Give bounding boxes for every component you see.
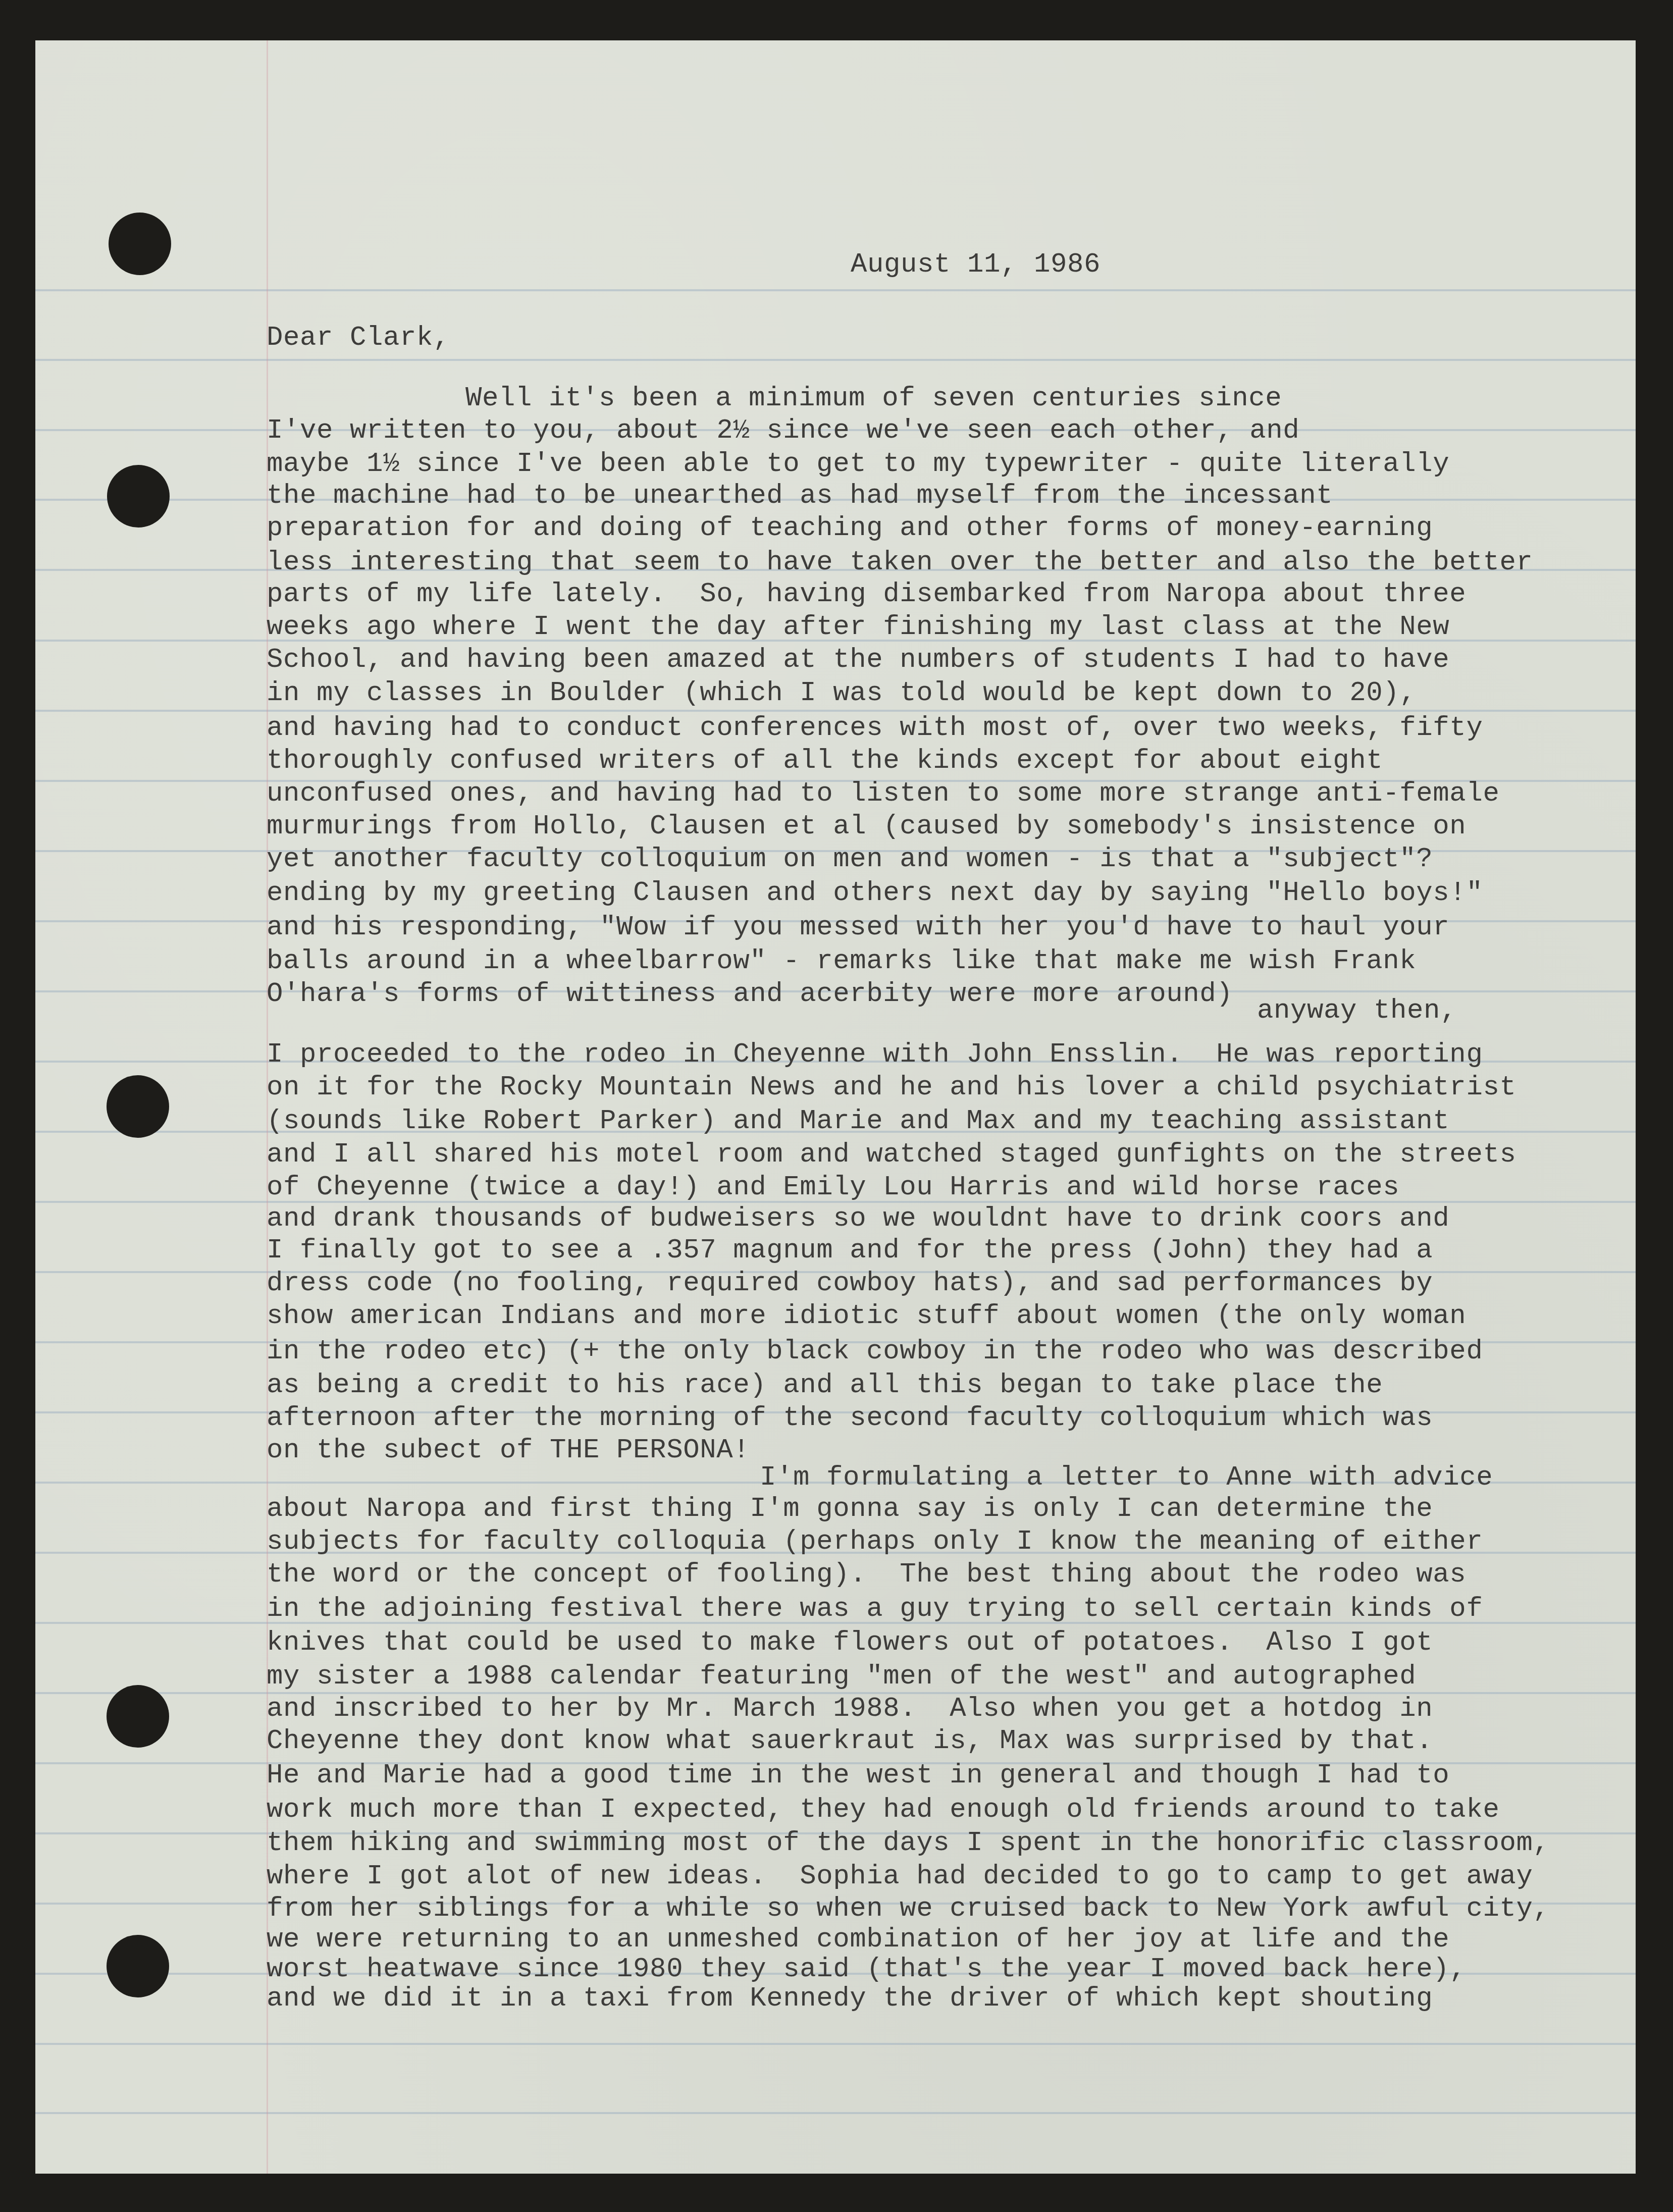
body-line: worst heatwave since 1980 they said (tha… <box>267 1955 1466 1985</box>
punch-hole <box>107 465 170 528</box>
body-line: we were returning to an unmeshed combina… <box>267 1925 1449 1955</box>
body-line: as being a credit to his race) and all t… <box>267 1371 1383 1401</box>
body-line: where I got alot of new ideas. Sophia ha… <box>267 1862 1533 1892</box>
body-line: in the adjoining festival there was a gu… <box>267 1594 1483 1624</box>
body-line: work much more than I expected, they had… <box>267 1795 1499 1825</box>
body-line: subjects for faculty colloquia (perhaps … <box>267 1527 1483 1557</box>
body-line: afternoon after the morning of the secon… <box>267 1403 1433 1434</box>
body-line: Well it's been a minimum of seven centur… <box>465 384 1282 414</box>
ruled-line <box>35 289 1636 291</box>
body-line: on it for the Rocky Mountain News and he… <box>267 1073 1516 1103</box>
body-line: anyway then, <box>1257 996 1457 1026</box>
body-line: my sister a 1988 calendar featuring "men… <box>267 1662 1416 1692</box>
body-line: balls around in a wheelbarrow" - remarks… <box>267 946 1416 977</box>
body-line: yet another faculty colloquium on men an… <box>267 845 1433 875</box>
body-line: and his responding, "Wow if you messed w… <box>267 913 1449 943</box>
letter-page: August 11, 1986 Dear Clark, Well it's be… <box>35 40 1636 2174</box>
letter-date: August 11, 1986 <box>851 250 1101 280</box>
body-line: and inscribed to her by Mr. March 1988. … <box>267 1694 1433 1724</box>
body-line: Cheyenne they dont know what sauerkraut … <box>267 1726 1433 1757</box>
ruled-line <box>35 359 1636 361</box>
punch-hole <box>107 1685 169 1748</box>
body-line: and I all shared his motel room and watc… <box>267 1140 1516 1170</box>
body-line: thoroughly confused writers of all the k… <box>267 746 1383 776</box>
punch-hole <box>107 1935 169 1997</box>
body-line: from her siblings for a while so when we… <box>267 1894 1549 1924</box>
body-line: and having had to conduct conferences wi… <box>267 713 1483 744</box>
body-line: weeks ago where I went the day after fin… <box>267 612 1449 643</box>
body-line: I finally got to see a .357 magnum and f… <box>267 1236 1433 1266</box>
body-line: parts of my life lately. So, having dise… <box>267 580 1466 610</box>
body-line: in the rodeo etc) (+ the only black cowb… <box>267 1337 1483 1367</box>
punch-hole <box>109 213 171 275</box>
body-line: and drank thousands of budweisers so we … <box>267 1204 1449 1234</box>
body-line: preparation for and doing of teaching an… <box>267 513 1433 544</box>
body-line: them hiking and swimming most of the day… <box>267 1828 1549 1859</box>
body-line: show american Indians and more idiotic s… <box>267 1301 1466 1332</box>
body-line: unconfused ones, and having had to liste… <box>267 779 1499 809</box>
body-line: of Cheyenne (twice a day!) and Emily Lou… <box>267 1173 1399 1203</box>
ruled-line <box>35 2112 1636 2114</box>
body-line: less interesting that seem to have taken… <box>267 548 1533 578</box>
body-line: (sounds like Robert Parker) and Marie an… <box>267 1107 1449 1137</box>
body-line: He and Marie had a good time in the west… <box>267 1761 1449 1791</box>
body-line: I proceeded to the rodeo in Cheyenne wit… <box>267 1040 1483 1070</box>
body-line: about Naropa and first thing I'm gonna s… <box>267 1494 1433 1524</box>
body-line: in my classes in Boulder (which I was to… <box>267 678 1416 709</box>
body-line: knives that could be used to make flower… <box>267 1628 1433 1658</box>
salutation: Dear Clark, <box>267 323 450 353</box>
body-line: the machine had to be unearthed as had m… <box>267 481 1333 511</box>
body-line: School, and having been amazed at the nu… <box>267 645 1449 675</box>
body-line: the word or the concept of fooling). The… <box>267 1560 1466 1590</box>
body-line: I'm formulating a letter to Anne with ad… <box>760 1463 1493 1493</box>
body-line: I've written to you, about 2½ since we'v… <box>267 416 1299 446</box>
body-line: O'hara's forms of wittiness and acerbity… <box>267 979 1233 1010</box>
ruled-line <box>35 2043 1636 2045</box>
body-line: dress code (no fooling, required cowboy … <box>267 1269 1433 1299</box>
body-line: murmurings from Hollo, Clausen et al (ca… <box>267 812 1466 842</box>
body-line: on the subect of THE PERSONA! <box>267 1436 750 1466</box>
body-line: maybe 1½ since I've been able to get to … <box>267 449 1449 480</box>
body-line: and we did it in a taxi from Kennedy the… <box>267 1984 1433 2014</box>
ruled-line <box>35 710 1636 712</box>
punch-hole <box>107 1075 169 1138</box>
body-line: ending by my greeting Clausen and others… <box>267 878 1483 909</box>
